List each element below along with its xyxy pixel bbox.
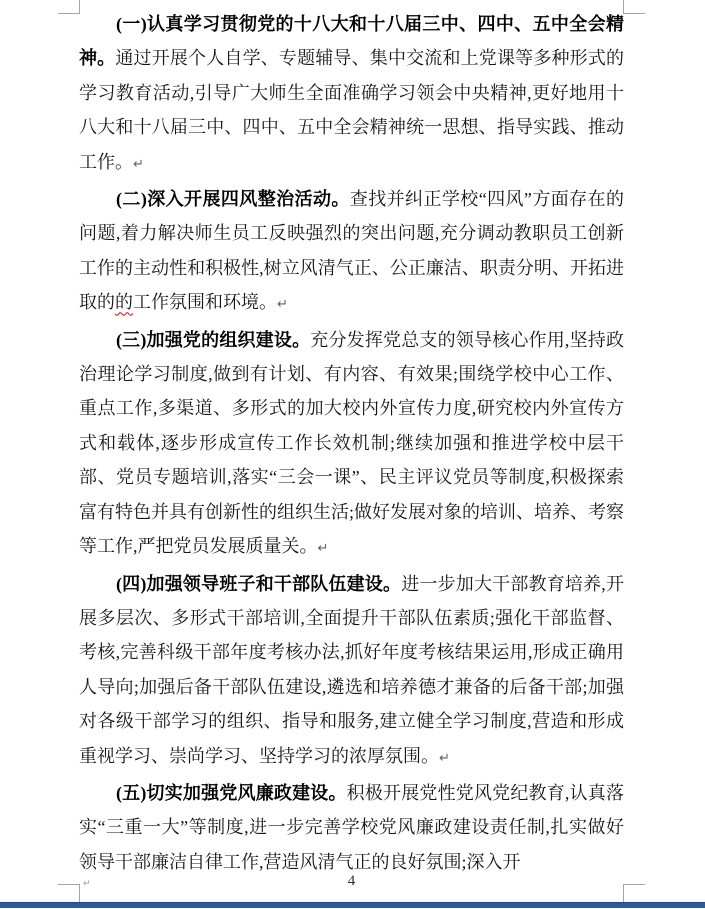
paragraph-4-text: 进一步加大干部教育培养,开展多层次、多形式干部培训,全面提升干部队伍素质;强化干…: [79, 574, 624, 766]
window-bottom-bar: [0, 902, 705, 908]
paragraph-mark-icon: ↵: [318, 541, 329, 556]
paragraph-2-text-cont: 工作氛围和环境。: [133, 292, 277, 312]
paragraph-5-heading: (五)切实加强党风廉政建设。: [116, 783, 347, 803]
paragraph-5[interactable]: (五)切实加强党风廉政建设。积极开展党性党风党纪教育,认真落实“三重一大”等制度…: [79, 776, 624, 879]
paragraph-3-heading: (三)加强党的组织建设。: [116, 330, 310, 350]
document-body: (一)认真学习贯彻党的十八大和十八届三中、四中、五中全会精神。通过开展个人自学、…: [79, 7, 624, 879]
paragraph-3-text: 充分发挥党总支的领导核心作用,坚持政治理论学习制度,做到有计划、有内容、有效果;…: [79, 330, 624, 556]
paragraph-4-heading: (四)加强领导班子和干部队伍建设。: [116, 574, 401, 594]
crop-mark-top-right-icon: [623, 0, 645, 14]
paragraph-mark-icon: ↵: [277, 297, 288, 312]
paragraph-1[interactable]: (一)认真学习贯彻党的十八大和十八届三中、四中、五中全会精神。通过开展个人自学、…: [79, 7, 624, 182]
paragraph-mark-icon: ↵: [133, 157, 144, 172]
document-page: (一)认真学习贯彻党的十八大和十八届三中、四中、五中全会精神。通过开展个人自学、…: [0, 0, 705, 909]
page-number: 4: [79, 873, 624, 890]
paragraph-4[interactable]: (四)加强领导班子和干部队伍建设。进一步加大干部教育培养,开展多层次、多形式干部…: [79, 567, 624, 776]
paragraph-2[interactable]: (二)深入开展四风整治活动。查找并纠正学校“四风”方面存在的问题,着力解决师生员…: [79, 182, 624, 323]
spellcheck-flagged-word: 的: [115, 292, 133, 312]
paragraph-mark-icon: ↵: [439, 751, 450, 766]
crop-mark-top-left-icon: [58, 0, 80, 14]
paragraph-2-heading: (二)深入开展四风整治活动。: [116, 189, 350, 209]
paragraph-3[interactable]: (三)加强党的组织建设。充分发挥党总支的领导核心作用,坚持政治理论学习制度,做到…: [79, 323, 624, 567]
paragraph-1-text: 通过开展个人自学、专题辅导、集中交流和上党课等多种形式的学习教育活动,引导广大师…: [79, 48, 624, 171]
